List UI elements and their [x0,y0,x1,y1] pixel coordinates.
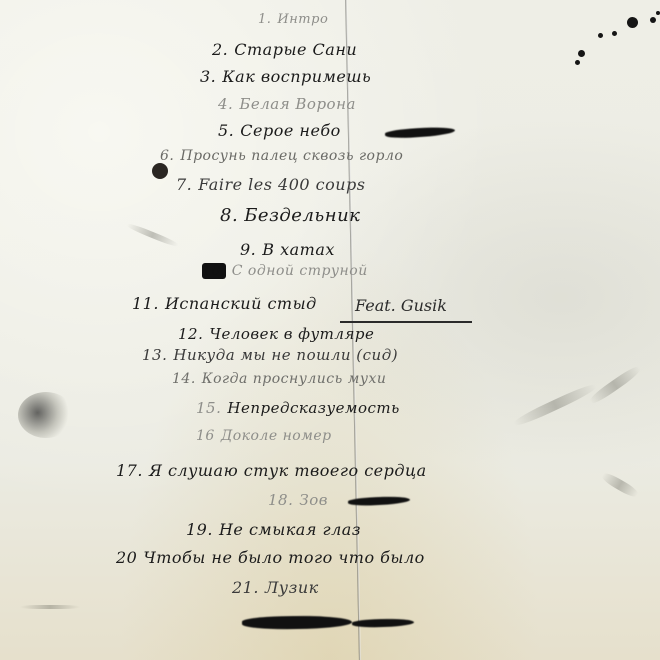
track-number: 2. [212,40,228,59]
ink-spatter [656,11,660,15]
feature-credit: Feat. Gusik [355,296,447,315]
track-title: С одной струной [232,263,368,279]
track-title: Faire les 400 coups [198,175,365,194]
dirt-streak [600,471,640,500]
feature-underline [340,321,472,323]
ink-spatter [598,33,603,38]
track-number: 6. [160,148,174,164]
track-item: 18.Зов [268,491,328,509]
track-item: 17.Я слушаю стук твоего сердца [116,461,427,480]
track-item: 6.Просунь палец сквозь горло [160,148,403,164]
track-title: Человек в футляре [209,325,374,343]
track-number: 4. [218,95,233,113]
track-title: Не смыкая глаз [219,520,361,539]
track-item: 12.Человек в футляре [178,325,374,343]
track-item: 11.Испанский стыд [132,294,317,313]
track-item: 7.Faire les 400 coups [176,175,366,194]
track-item: 4.Белая Ворона [218,95,356,113]
track-title: Непредсказуемость [227,399,399,417]
track-title: Лузик [265,578,319,597]
track-item: 9.В хатах [240,240,335,259]
track-number: 16 [196,428,215,444]
paper-sheet: 1.Интро 2.Старые Сани 3.Как воспримешь 4… [0,0,660,660]
track-item: 13.Никуда мы не пошли (сид) [142,346,398,364]
track-item: 2.Старые Сани [212,40,357,59]
track-number: 5. [218,121,234,140]
track-number: 1. [258,12,271,27]
track-title: Чтобы не было того что было [143,548,424,567]
dirt-streak [20,605,80,609]
scribbled-out-line [352,618,414,628]
track-number: 9. [240,240,256,259]
track-number: 21. [232,578,259,597]
track-title: Белая Ворона [239,95,356,113]
track-number: 13. [142,346,167,364]
dirt-streak [126,222,179,248]
ink-spatter [612,31,617,36]
ink-spatter [627,17,638,28]
track-number: 18. [268,491,293,509]
track-number: 12. [178,325,203,343]
track-title: Интро [277,12,328,27]
track-item: 1.Интро [258,12,328,27]
track-item: 16Доколе номер [196,428,332,444]
track-title: Испанский стыд [165,294,317,313]
track-title: Никуда мы не пошли (сид) [173,346,398,364]
track-number: 8. [220,205,238,226]
ink-smudge [18,392,74,438]
track-number: 11. [132,294,159,313]
ink-spatter [578,50,585,57]
track-number: 10. [202,263,226,279]
track-item: 3.Как воспримешь [200,67,371,86]
track-number: 20 [116,548,137,567]
track-title: Когда проснулись мухи [202,371,387,387]
track-number: 7. [176,175,192,194]
track-title: В хатах [262,240,335,259]
track-number: 14. [172,371,196,387]
track-item: 21.Лузик [232,578,319,597]
track-number: 15. [196,399,221,417]
track-title: Серое небо [240,121,341,140]
ink-blot [152,163,168,179]
dirt-streak [512,381,598,428]
track-title: Просунь палец сквозь горло [180,148,403,164]
ink-spatter [575,60,580,65]
track-item: 19.Не смыкая глаз [186,520,361,539]
track-title: Зов [299,491,328,509]
scribbled-out-text [385,126,455,140]
track-number: 19. [186,520,213,539]
track-item: 8.Бездельник [220,205,360,226]
track-item: 14.Когда проснулись мухи [172,371,386,387]
track-number: 17. [116,461,143,480]
track-item: 20Чтобы не было того что было [116,548,425,567]
track-title: Доколе номер [221,428,332,444]
scribbled-out-line [242,615,352,630]
track-number: 3. [200,67,216,86]
track-item: 10.С одной струной [202,263,368,279]
track-title: Я слушаю стук твоего сердца [149,461,427,480]
track-item: 5.Серое небо [218,121,341,140]
track-title: Старые Сани [234,40,357,59]
track-title: Как воспримешь [222,67,371,86]
track-title: Бездельник [244,205,360,226]
ink-spatter [650,17,656,23]
track-item: 15.Непредсказуемость [196,399,400,417]
